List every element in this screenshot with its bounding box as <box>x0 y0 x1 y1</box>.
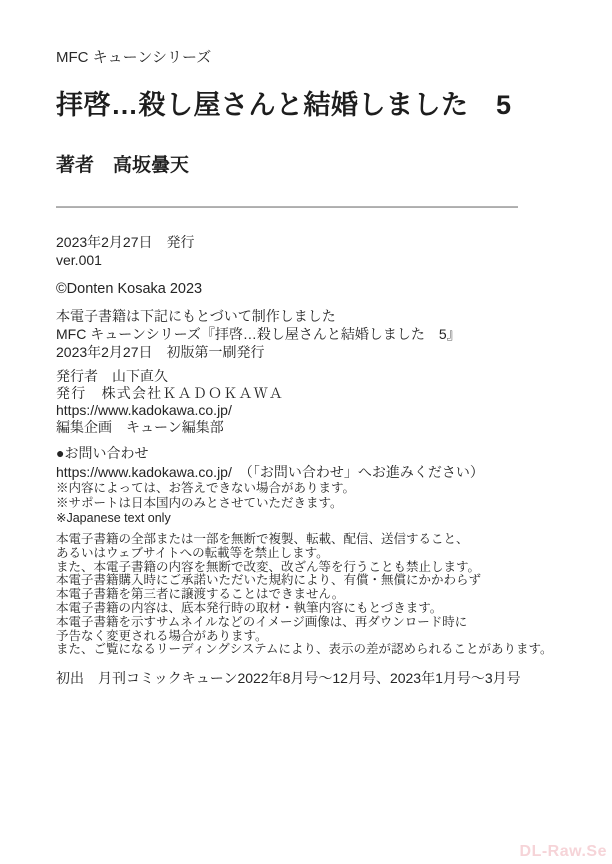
contact-block: ●お問い合わせ https://www.kadokawa.co.jp/ （「お問… <box>56 443 572 526</box>
publisher-person-line: 発行者 山下直久 <box>56 368 572 385</box>
contact-heading: ●お問い合わせ <box>56 443 572 463</box>
production-block: 本電子書籍は下記にもとづいて制作しました MFC キューンシリーズ『拝啓…殺し屋… <box>56 307 572 361</box>
production-series-title-line: MFC キューンシリーズ『拝啓…殺し屋さんと結婚しました 5』 <box>56 325 572 343</box>
legal-line: 本電子書籍を示すサムネイルなどのイメージ画像は、再ダウンロード時に <box>56 616 572 630</box>
legal-line: また、ご覧になるリーディングシステムにより、表示の差が認められることがあります。 <box>56 643 572 657</box>
watermark-label: DL-Raw.Se <box>520 843 607 861</box>
author-line: 著者 高坂曇天 <box>56 154 572 178</box>
contact-url: https://www.kadokawa.co.jp/ （「お問い合わせ」へお進… <box>56 463 572 481</box>
publisher-block: 発行者 山下直久 発行 株式会社ＫＡＤＯＫＡＷＡ https://www.kad… <box>56 368 572 436</box>
colophon-page: MFC キューンシリーズ 拝啓…殺し屋さんと結婚しました 5 著者 高坂曇天 2… <box>0 0 612 864</box>
production-note-line: 本電子書籍は下記にもとづいて制作しました <box>56 307 572 325</box>
legal-line: 本電子書籍の全部または一部を無断で複製、転載、配信、送信すること、 <box>56 533 572 547</box>
copyright-line: ©Donten Kosaka 2023 <box>56 280 572 298</box>
series-label: MFC キューンシリーズ <box>56 48 572 68</box>
production-edition-line: 2023年2月27日 初版第一刷発行 <box>56 343 572 361</box>
version-label: ver.001 <box>56 251 572 269</box>
colophon-content: MFC キューンシリーズ 拝啓…殺し屋さんと結婚しました 5 著者 高坂曇天 2… <box>0 0 612 688</box>
legal-line: 本電子書籍を第三者に譲渡することはできません。 <box>56 588 572 602</box>
book-title: 拝啓…殺し屋さんと結婚しました 5 <box>56 89 572 122</box>
publisher-company-line: 発行 株式会社ＫＡＤＯＫＡＷＡ <box>56 385 572 402</box>
contact-note: ※Japanese text only <box>56 511 572 526</box>
publisher-url: https://www.kadokawa.co.jp/ <box>56 402 572 419</box>
publication-block: 2023年2月27日 発行 ver.001 <box>56 233 572 269</box>
publication-date: 2023年2月27日 発行 <box>56 233 572 251</box>
legal-line: あるいはウェブサイトへの転載等を禁止します。 <box>56 547 572 561</box>
legal-block: 本電子書籍の全部または一部を無断で複製、転載、配信、送信すること、 あるいはウェ… <box>56 533 572 657</box>
divider-line <box>56 206 518 208</box>
publisher-editorial-line: 編集企画 キューン編集部 <box>56 419 572 436</box>
first-appearance-line: 初出 月刊コミックキューン2022年8月号～12月号、2023年1月号～3月号 <box>56 669 572 688</box>
legal-line: 本電子書籍の内容は、底本発行時の取材・執筆内容にもとづきます。 <box>56 602 572 616</box>
contact-note: ※サポートは日本国内のみとさせていただきます。 <box>56 496 572 511</box>
contact-note: ※内容によっては、お答えできない場合があります。 <box>56 481 572 496</box>
